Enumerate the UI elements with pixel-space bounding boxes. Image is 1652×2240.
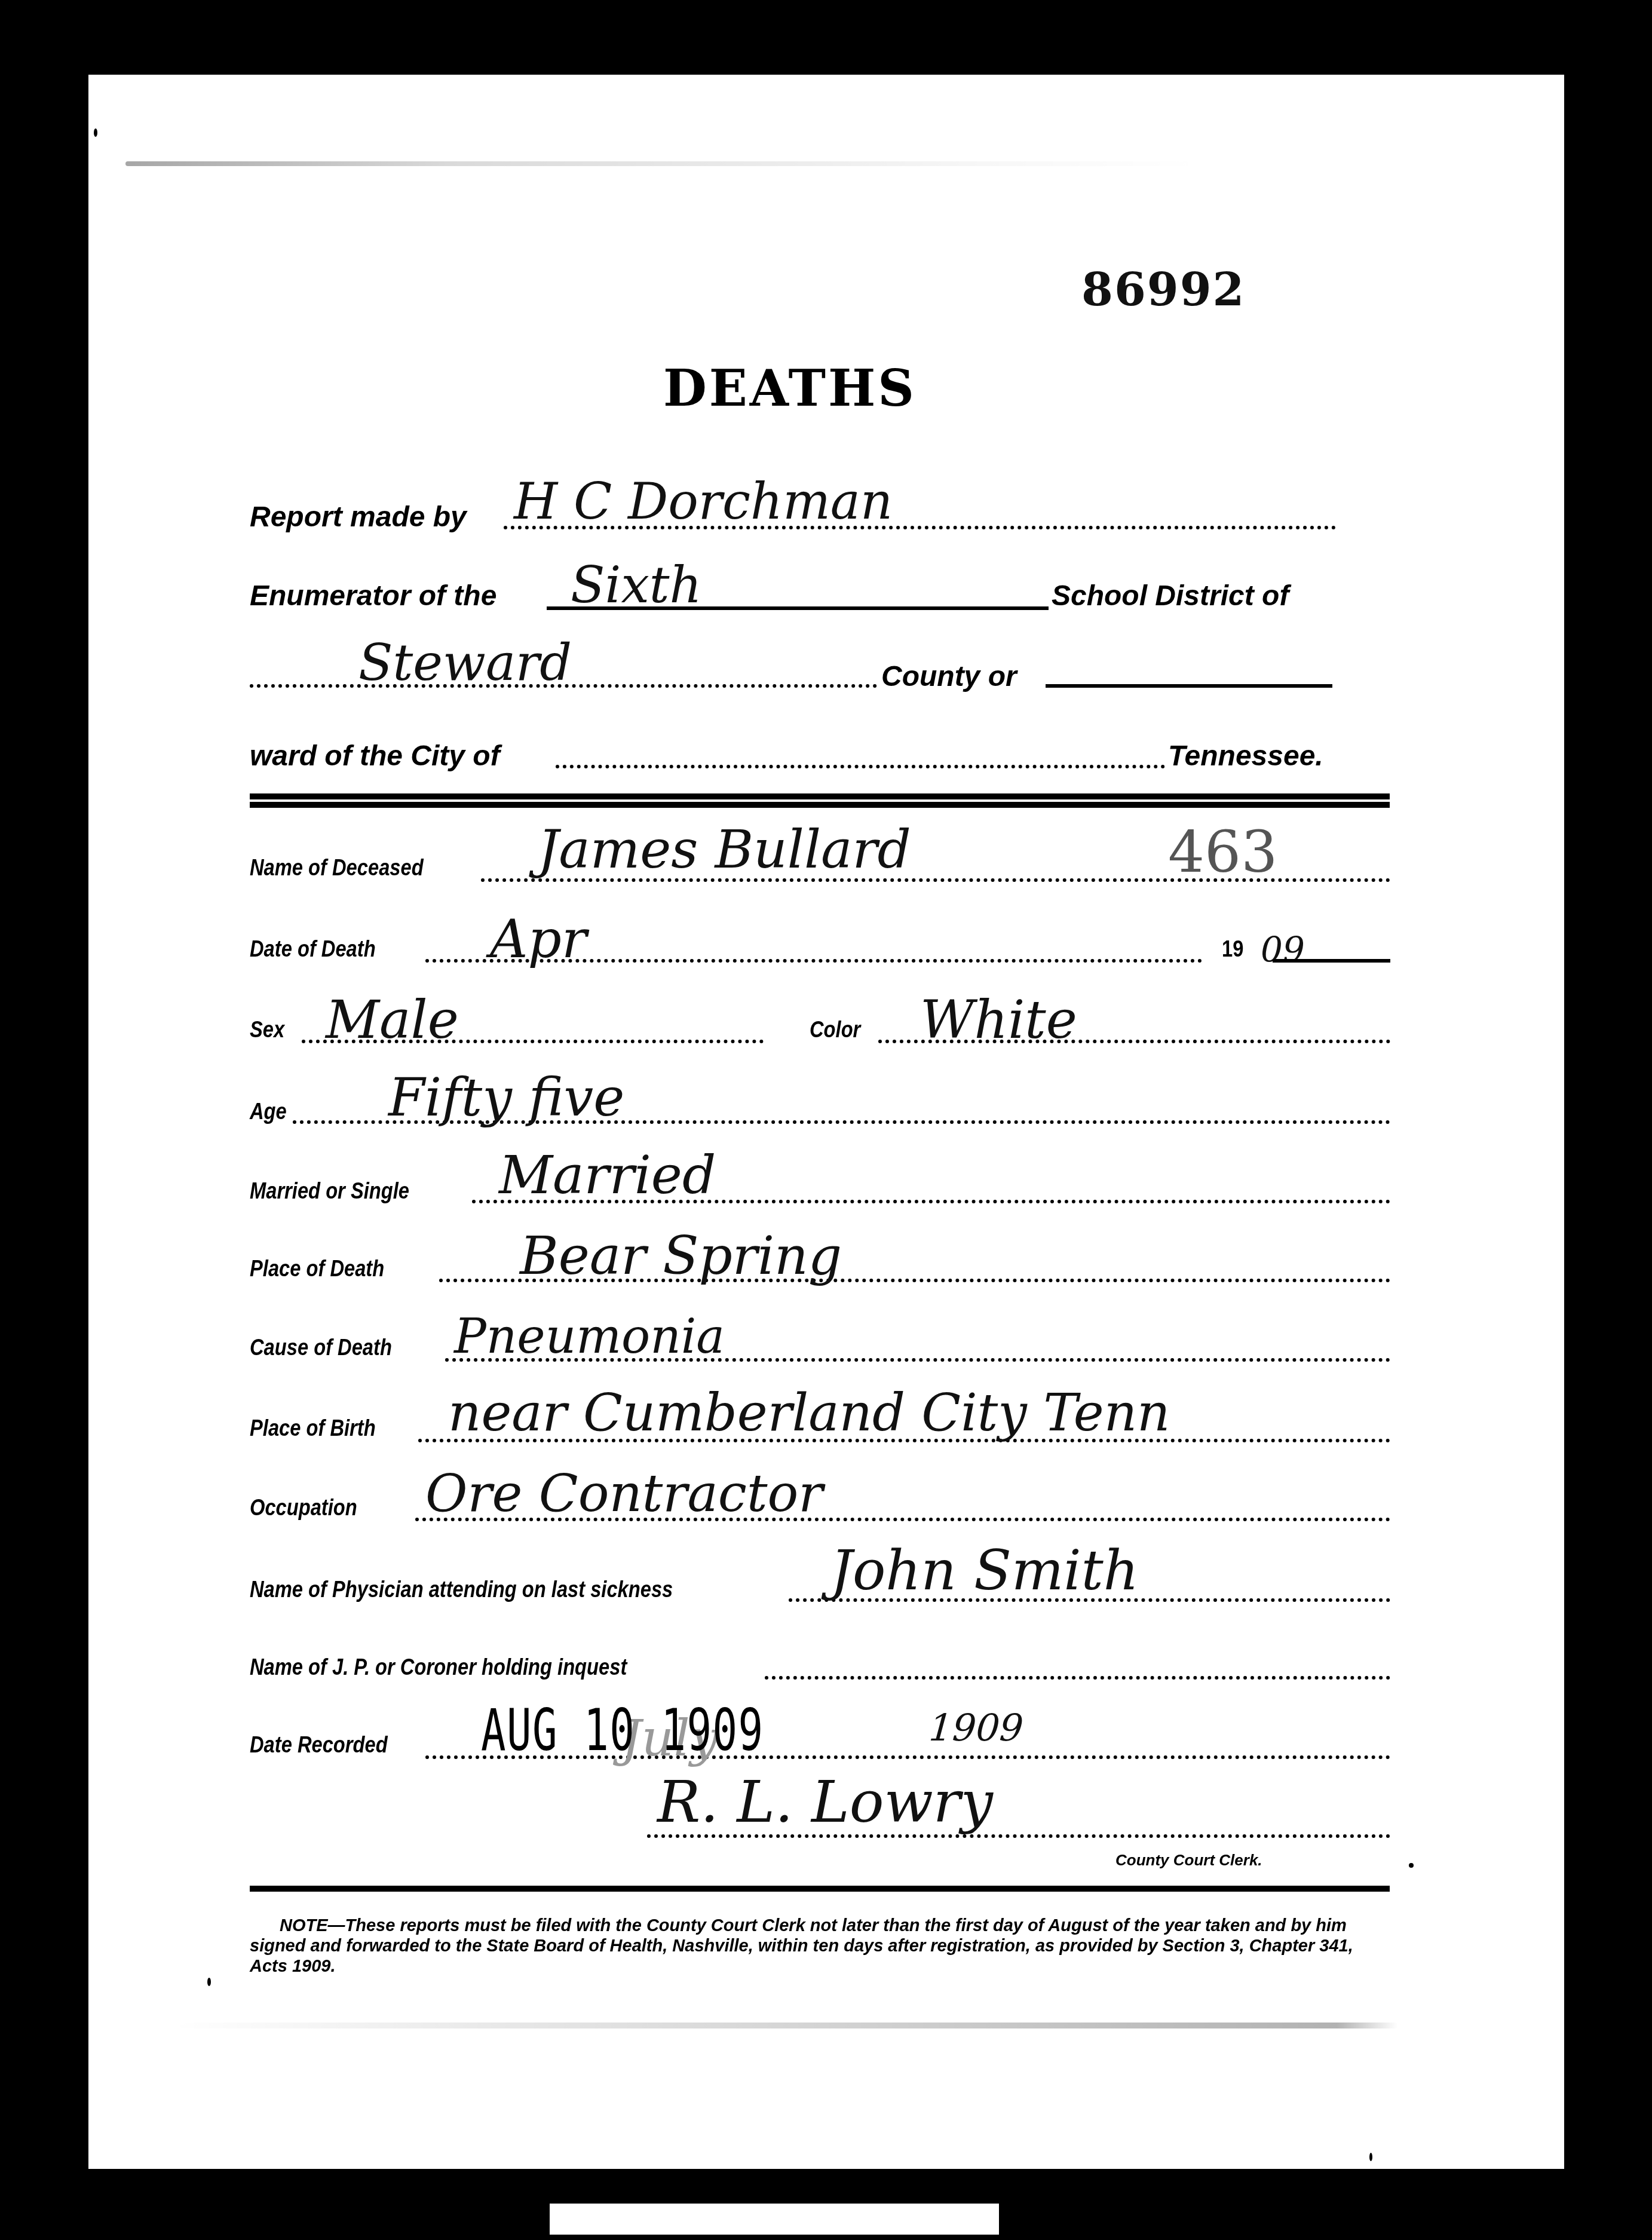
serial-number: 86992 — [1081, 263, 1245, 316]
scan-smudge — [173, 2023, 1398, 2028]
margin-speck — [1369, 2153, 1372, 2161]
margin-speck — [207, 1978, 211, 1986]
color-value[interactable]: White — [920, 989, 1077, 1050]
signature-line — [647, 1834, 1390, 1838]
age-label: Age — [250, 1099, 287, 1125]
deceased-name-label: Name of Deceased — [250, 856, 424, 881]
coroner-label: Name of J. P. or Coroner holding inquest — [250, 1655, 627, 1681]
occupation-value[interactable]: Ore Contractor — [425, 1464, 823, 1524]
sex-value[interactable]: Male — [326, 989, 459, 1050]
report-made-by-label: Report made by — [250, 501, 467, 534]
age-value[interactable]: Fifty five — [388, 1067, 624, 1128]
margin-speck — [1409, 1863, 1414, 1868]
date-of-death-year-suffix[interactable]: 09 — [1261, 929, 1305, 970]
footer-divider — [250, 1886, 1390, 1892]
enumerator-label: Enumerator of the — [250, 580, 496, 612]
deceased-annotation: 463 — [1168, 819, 1277, 885]
county-label: County or — [881, 660, 1017, 693]
coroner-line — [765, 1676, 1390, 1680]
physician-value[interactable]: John Smith — [830, 1539, 1139, 1602]
date-of-death-label: Date of Death — [250, 937, 376, 963]
section-divider — [250, 793, 1390, 808]
place-of-death-value[interactable]: Bear Spring — [520, 1225, 842, 1286]
occupation-label: Occupation — [250, 1496, 357, 1521]
date-of-death-year-prefix: 19 — [1222, 937, 1243, 963]
ward-line — [556, 765, 1165, 768]
enumerator-value[interactable]: Sixth — [571, 556, 702, 614]
margin-speck — [94, 128, 97, 137]
county-or-line — [1046, 684, 1332, 688]
clerk-title: County Court Clerk. — [1115, 1851, 1262, 1870]
filing-note: NOTE—These reports must be filed with th… — [250, 1916, 1361, 1977]
color-label: Color — [810, 1018, 860, 1043]
date-of-death-value[interactable]: Apr — [490, 908, 587, 970]
date-recorded-label: Date Recorded — [250, 1733, 388, 1758]
marital-status-value[interactable]: Married — [499, 1144, 716, 1206]
school-district-label: School District of — [1052, 580, 1289, 612]
place-of-birth-label: Place of Birth — [250, 1416, 376, 1442]
date-recorded-stamp: AUG 10 1909 — [481, 1697, 764, 1764]
date-of-death-year-line — [1273, 959, 1390, 963]
place-of-death-label: Place of Death — [250, 1257, 384, 1282]
film-tab — [550, 2204, 999, 2235]
deceased-name-value[interactable]: James Bullard — [538, 819, 911, 880]
ward-label: ward of the City of — [250, 740, 500, 773]
report-made-by-value[interactable]: H C Dorchman — [514, 472, 893, 531]
state-label: Tennessee. — [1168, 740, 1323, 773]
cause-of-death-label: Cause of Death — [250, 1335, 392, 1361]
marital-status-label: Married or Single — [250, 1179, 409, 1205]
sex-label: Sex — [250, 1018, 284, 1043]
date-recorded-year[interactable]: 1909 — [923, 1706, 1029, 1749]
scan-smudge — [125, 161, 1201, 166]
clerk-signature: R. L. Lowry — [657, 1769, 993, 1835]
cause-of-death-value[interactable]: Pneumonia — [454, 1309, 725, 1364]
page-title: DEATHS — [663, 358, 917, 418]
county-value[interactable]: Steward — [358, 633, 572, 692]
physician-label: Name of Physician attending on last sick… — [250, 1577, 673, 1603]
place-of-birth-value[interactable]: near Cumberland City Tenn — [448, 1383, 1170, 1443]
